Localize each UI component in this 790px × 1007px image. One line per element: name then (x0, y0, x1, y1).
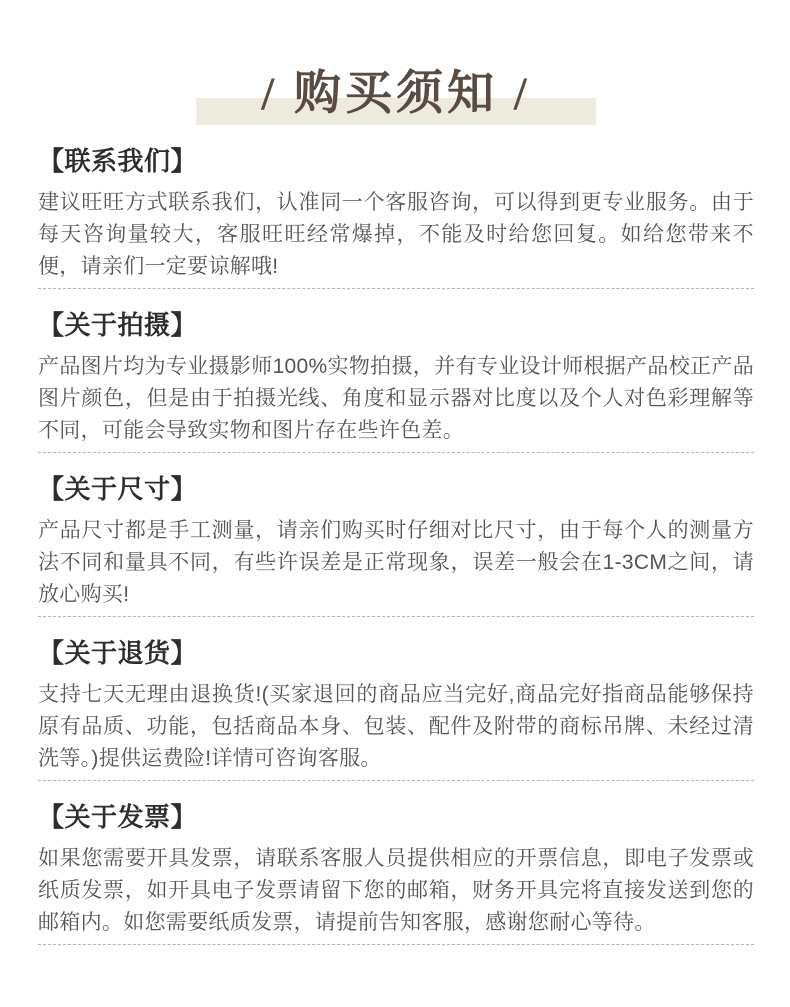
section-body: 产品图片均为专业摄影师100%实物拍摄，并有专业设计师根据产品校正产品图片颜色，… (38, 351, 754, 447)
section-heading: 【联系我们】 (38, 148, 754, 175)
dashed-divider (38, 944, 754, 945)
page-title: / 购买须知 / (38, 56, 754, 123)
section-heading: 【关于发票】 (38, 804, 754, 831)
section-body: 如果您需要开具发票，请联系客服人员提供相应的开票信息，即电子发票或纸质发票，如开… (38, 843, 754, 939)
section-about-photography: 【关于拍摄】 产品图片均为专业摄影师100%实物拍摄，并有专业设计师根据产品校正… (38, 312, 754, 453)
dashed-divider (38, 780, 754, 781)
section-contact-us: 【联系我们】 建议旺旺方式联系我们，认准同一个客服咨询，可以得到更专业服务。由于… (38, 148, 754, 289)
section-about-invoice: 【关于发票】 如果您需要开具发票，请联系客服人员提供相应的开票信息，即电子发票或… (38, 804, 754, 945)
dashed-divider (38, 452, 754, 453)
page-header: / 购买须知 / (38, 0, 754, 125)
section-heading: 【关于尺寸】 (38, 476, 754, 503)
section-body: 支持七天无理由退换货!(买家退回的商品应当完好,商品完好指商品能够保持原有品质、… (38, 679, 754, 775)
section-body: 建议旺旺方式联系我们，认准同一个客服咨询，可以得到更专业服务。由于每天咨询量较大… (38, 187, 754, 283)
section-heading: 【关于退货】 (38, 640, 754, 667)
dashed-divider (38, 616, 754, 617)
section-body: 产品尺寸都是手工测量，请亲们购买时仔细对比尺寸，由于每个人的测量方法不同和量具不… (38, 515, 754, 611)
purchase-notice-page: / 购买须知 / 【联系我们】 建议旺旺方式联系我们，认准同一个客服咨询，可以得… (0, 0, 790, 1007)
section-heading: 【关于拍摄】 (38, 312, 754, 339)
dashed-divider (38, 288, 754, 289)
section-about-returns: 【关于退货】 支持七天无理由退换货!(买家退回的商品应当完好,商品完好指商品能够… (38, 640, 754, 781)
section-about-size: 【关于尺寸】 产品尺寸都是手工测量，请亲们购买时仔细对比尺寸，由于每个人的测量方… (38, 476, 754, 617)
